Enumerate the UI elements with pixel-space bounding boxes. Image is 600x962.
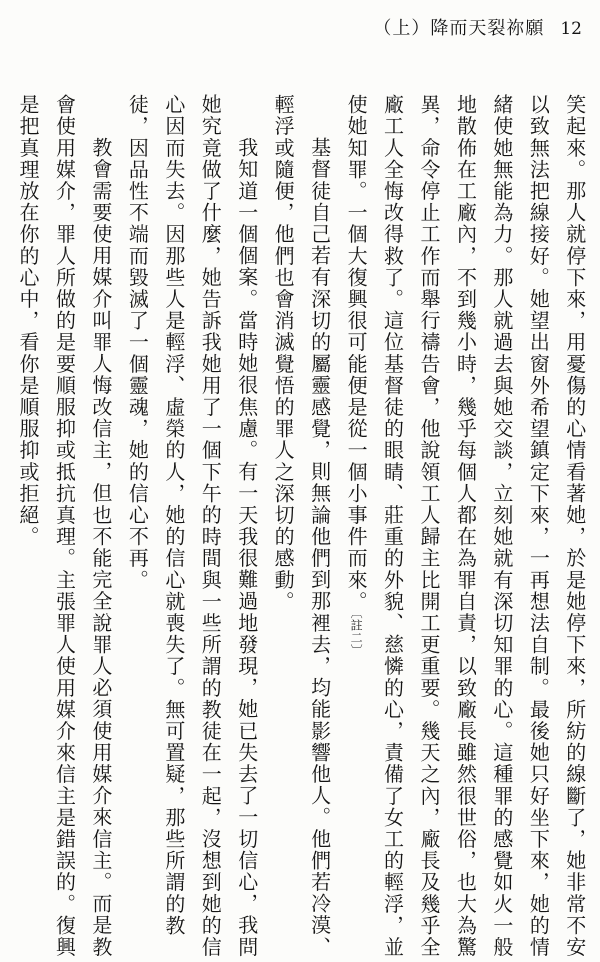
text-column-11: 她究竟做了什麼，她告訴我她用了一個下午的時間與一些所謂的教徒在一起，沒想到她的信 [198,94,221,962]
text-column-2: 以致無法把線接好。她望出窗外希望鎮定下來，一再想法自制。最後她只好坐下來，她的情 [526,94,549,962]
text-column-1: 笑起來。那人就停下來，用憂傷的心情看著她，於是她停下來，所紡的線斷了，她非常不安 [563,94,586,962]
text-column-15: 會使用媒介，罪人所做的是要順服抑或抵抗真理。主張罪人使用媒介來信主是錯誤的。復興 [52,94,75,962]
page-number: 12 [560,19,582,39]
running-header: （上）降而天裂祢願 12 [373,14,582,40]
text-column-3: 緒使她無能為力。那人就過去與她交談，立刻她就有深切知罪的心。這種罪的感覺如火一般 [490,94,513,962]
text-column-4: 地散佈在工廠內，不到幾小時，幾乎每個人都在為罪自責，以致廠長雖然很世俗，也大為驚 [453,94,476,962]
text-column-7-text: 使她知罪。一個大復興很可能便是從一個小事件而來。 [344,94,367,612]
text-column-9: 輕浮或隨便，他們也會消滅覺悟的罪人之深切的感動。 [271,94,294,962]
text-column-14: 教會需要使用媒介叫罪人悔改信主，但也不能完全說罪人必須使用媒介來信主。而是教 [89,94,112,962]
text-column-7: 使她知罪。一個大復興很可能便是從一個小事件而來。〔註二〕 [344,94,367,962]
book-title: （上）降而天裂祢願 [373,14,544,40]
text-column-12: 心因而失去。因那些人是輕浮、虛榮的人，她的信心就喪失了。無可置疑，那些所謂的教 [162,94,185,962]
text-column-10: 我知道一個個案。當時她很焦慮。有一天我很難過地發現，她已失去了一切信心，我問 [235,94,258,962]
text-column-5: 異，命令停止工作而舉行禱告會，他說領工人歸主比開工更重要。幾天之內，廠長及幾乎全 [417,94,440,962]
text-column-8: 基督徒自己若有深切的屬靈感覺，則無論他們到那裡去，均能影響他人。他們若冷漠、 [308,94,331,962]
text-column-13: 徒，因品性不端而毀滅了一個靈魂，她的信心不再。 [125,94,148,962]
text-column-16: 是把真理放在你的心中，看你是順服抑或拒絕。 [16,94,39,962]
footnote-marker: 〔註二〕 [349,612,363,656]
book-page: （上）降而天裂祢願 12 笑起來。那人就停下來，用憂傷的心情看著她，於是她停下來… [0,0,600,962]
vertical-text-body: 笑起來。那人就停下來，用憂傷的心情看著她，於是她停下來，所紡的線斷了，她非常不安… [16,94,586,962]
text-column-6: 廠工人全悔改得救了。這位基督徒的眼睛、莊重的外貌、慈憐的心，責備了女工的輕浮，並 [381,94,404,962]
